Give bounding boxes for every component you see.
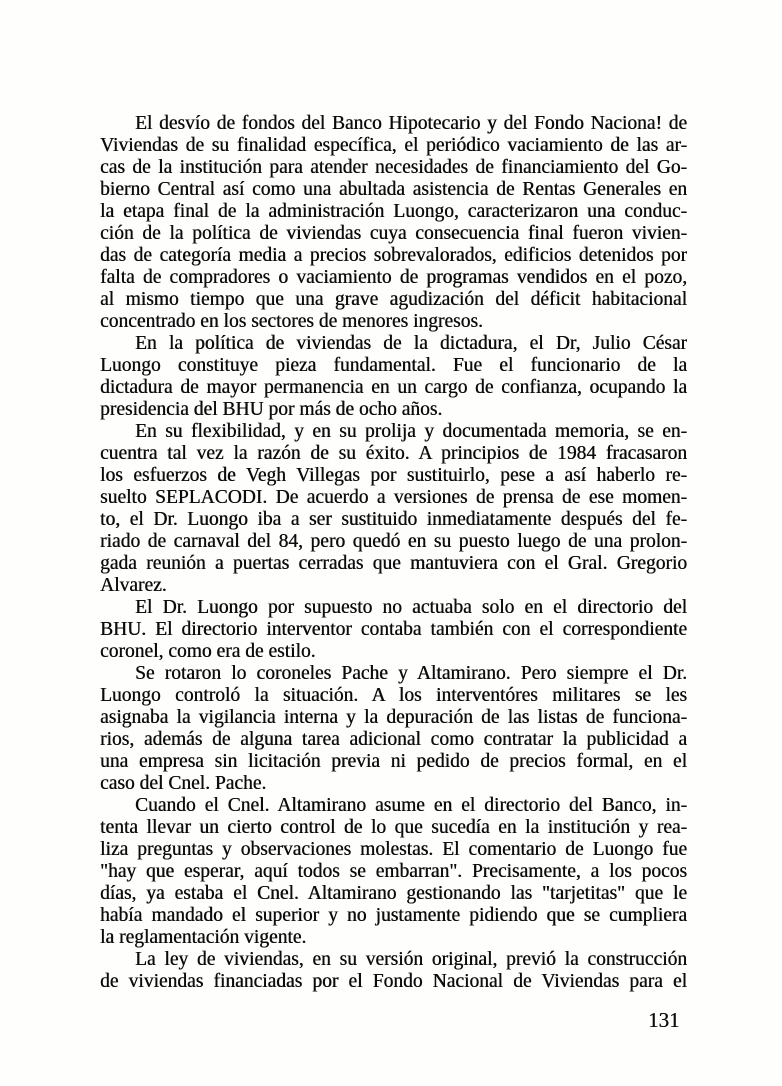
text-line: El Dr. Luongo por supuesto no actuaba so… [100,597,687,619]
text-line: das de categoría media a precios sobreva… [100,245,687,267]
paragraph: La ley de viviendas, en su versión origi… [100,949,687,993]
text-line: En su flexibilidad, y en su prolija y do… [100,421,687,443]
text-line: cas de la institución para atender neces… [100,157,687,179]
text-line: BHU. El directorio interventor contaba t… [100,619,687,641]
page-number: 131 [648,1008,680,1032]
text-line: riado de carnaval del 84, pero quedó en … [100,531,687,553]
text-line: Cuando el Cnel. Altamirano asume en el d… [100,795,687,817]
text-line: caso del Cnel. Pache. [100,773,687,795]
text-line: Alvarez. [100,575,687,597]
text-line: al mismo tiempo que una grave agudizació… [100,289,687,311]
text-line: presidencia del BHU por más de ocho años… [100,399,687,421]
text-line: dictadura de mayor permanencia en un car… [100,377,687,399]
text-line: ción de la política de viviendas cuya co… [100,223,687,245]
text-line: suelto SEPLACODI. De acuerdo a versiones… [100,487,687,509]
page-body-text: El desvío de fondos del Banco Hipotecari… [100,113,687,993]
paragraph: Se rotaron lo coroneles Pache y Altamira… [100,663,687,795]
text-line: rios, además de alguna tarea adicional c… [100,729,687,751]
text-line: La ley de viviendas, en su versión origi… [100,949,687,971]
text-line: concentrado en los sectores de menores i… [100,311,687,333]
text-line: El desvío de fondos del Banco Hipotecari… [100,113,687,135]
text-line: cuentra tal vez la razón de su éxito. A … [100,443,687,465]
text-line: Luongo constituye pieza fundamental. Fue… [100,355,687,377]
text-line: tenta llevar un cierto control de lo que… [100,817,687,839]
text-line: asignaba la vigilancia interna y la depu… [100,707,687,729]
text-line: to, el Dr. Luongo iba a ser sustituido i… [100,509,687,531]
text-line: la etapa final de la administración Luon… [100,201,687,223]
text-line: los esfuerzos de Vegh Villegas por susti… [100,465,687,487]
text-line: bierno Central así como una abultada asi… [100,179,687,201]
text-line: días, ya estaba el Cnel. Altamirano gest… [100,883,687,905]
text-line: "hay que esperar, aquí todos se embarran… [100,861,687,883]
text-line: gada reunión a puertas cerradas que mant… [100,553,687,575]
text-line: Viviendas de su finalidad específica, el… [100,135,687,157]
paragraph: Cuando el Cnel. Altamirano asume en el d… [100,795,687,949]
paragraph: En su flexibilidad, y en su prolija y do… [100,421,687,597]
text-line: había mandado el superior y no justament… [100,905,687,927]
text-line: de viviendas financiadas por el Fondo Na… [100,971,687,993]
scanned-book-page: El desvío de fondos del Banco Hipotecari… [0,0,782,1086]
text-line: Se rotaron lo coroneles Pache y Altamira… [100,663,687,685]
text-line: En la política de viviendas de la dictad… [100,333,687,355]
paragraph: En la política de viviendas de la dictad… [100,333,687,421]
text-line: liza preguntas y observaciones molestas.… [100,839,687,861]
text-line: la reglamentación vigente. [100,927,687,949]
paragraph: El desvío de fondos del Banco Hipotecari… [100,113,687,333]
paragraph: El Dr. Luongo por supuesto no actuaba so… [100,597,687,663]
text-line: una empresa sin licitación previa ni ped… [100,751,687,773]
text-line: falta de compradores o vaciamiento de pr… [100,267,687,289]
text-line: Luongo controló la situación. A los inte… [100,685,687,707]
text-line: coronel, como era de estilo. [100,641,687,663]
